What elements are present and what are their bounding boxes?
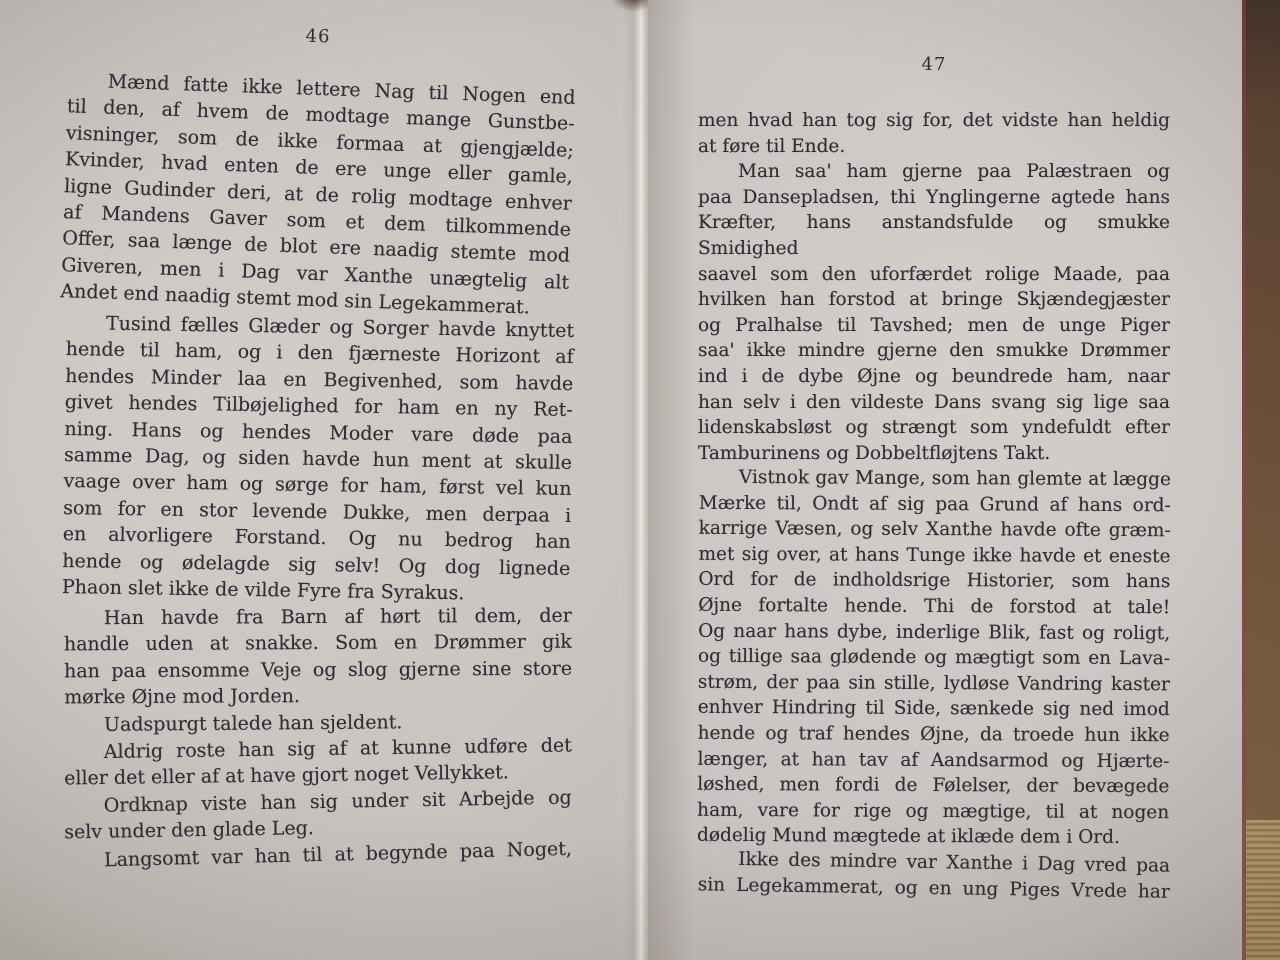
text-line: han paa ensomme Veje og slog gjerne sine… <box>64 656 572 685</box>
text-line: karrige Væsen, og selv Xanthe havde ofte… <box>699 516 1171 544</box>
text-line: Mærke til, Ondt af sig paa Grund af hans… <box>699 491 1171 519</box>
text-line: mørke Øjne mod Jorden. <box>64 682 572 711</box>
left-page: 46 Mænd fatte ikke lettere Nag til Nogen… <box>0 0 648 960</box>
text-line: paa Dansepladsen, thi Ynglingerne agtede… <box>698 185 1170 211</box>
text-line: han selv i den vildeste Dans svang sig l… <box>698 390 1170 416</box>
right-page-text: men hvad han tog sig for, det vidste han… <box>698 108 1170 901</box>
book-fore-edge <box>1242 0 1280 960</box>
page-number-left: 46 <box>64 18 572 55</box>
paragraph: Mænd fatte ikke lettere Nag til Nogen en… <box>60 67 576 322</box>
stacked-page-edges <box>1246 820 1280 960</box>
text-line: lidenskabsløst og strængt som yndefuldt … <box>698 415 1170 441</box>
text-line: Og naar hans dybe, inderlige Blik, fast … <box>698 619 1170 647</box>
paragraph: Ikke des mindre var Xanthe i Dag vred pa… <box>698 847 1171 906</box>
text-line: længer, at han tav af Aandsarmod og Hjær… <box>697 747 1169 775</box>
text-line: strøm, der paa sin stille, lydløse Vandr… <box>698 670 1170 698</box>
text-line: hvilken han forstod at bringe Skjændegjæ… <box>698 287 1170 313</box>
paragraph: Aldrig roste han sig af at kunne udføre … <box>64 733 573 793</box>
text-line: at føre til Ende. <box>698 134 1170 160</box>
text-line: Øjne fortalte hende. Thi de forstod at t… <box>698 593 1170 621</box>
text-line: met sig over, at hans Tunge ikke havde e… <box>698 542 1170 570</box>
left-page-text: Mænd fatte ikke lettere Nag til Nogen en… <box>64 76 572 868</box>
text-line: Han havde fra Barn af hørt til dem, der <box>64 603 572 632</box>
text-line: saa' ikke mindre gjerne den smukke Drømm… <box>698 338 1170 364</box>
paragraph: Vistnok gav Mange, som han glemte at læg… <box>697 465 1171 851</box>
book-photo: 46 Mænd fatte ikke lettere Nag til Nogen… <box>0 0 1280 960</box>
text-line: ham, vare for rige og mægtige, til at no… <box>697 798 1169 826</box>
text-line: og tillige saa glødende og mægtigt som e… <box>698 644 1170 672</box>
paragraph: men hvad han tog sig for, det vidste han… <box>698 108 1170 159</box>
text-line: Kræfter, hans anstandsfulde og smukke Sm… <box>698 210 1170 261</box>
text-line: Tamburinens og Dobbeltfløjtens Takt. <box>698 441 1170 467</box>
text-line: Ord for de indholdsrige Historier, som h… <box>698 567 1170 595</box>
text-line: handle uden at snakke. Som en Drømmer gi… <box>64 629 572 658</box>
text-line: og Pralhalse til Tavshed; men de unge Pi… <box>698 313 1170 339</box>
paragraph: Han havde fra Barn af hørt til dem, derh… <box>64 603 573 711</box>
text-line: enhver Hindring til Side, sænkede sig ne… <box>698 695 1170 723</box>
text-line: løshed, men fordi de Følelser, der bevæg… <box>697 772 1169 800</box>
text-line: hende og traf hendes Øjne, da troede hun… <box>698 721 1170 749</box>
text-line: ind i de dybe Øjne og beundrede ham, naa… <box>698 364 1170 390</box>
text-line: Vistnok gav Mange, som han glemte at læg… <box>699 465 1171 493</box>
text-line: Man saa' ham gjerne paa Palæstraen og <box>698 159 1170 185</box>
text-line: men hvad han tog sig for, det vidste han… <box>698 108 1170 134</box>
text-line: saavel som den uforfærdet rolige Maade, … <box>698 262 1170 288</box>
paragraph: Man saa' ham gjerne paa Palæstraen ogpaa… <box>698 159 1170 466</box>
right-page: 47 men hvad han tog sig for, det vidste … <box>648 0 1242 960</box>
page-number-right: 47 <box>698 54 1170 75</box>
paragraph: Tusind fælles Glæder og Sorger havde kny… <box>62 310 574 608</box>
